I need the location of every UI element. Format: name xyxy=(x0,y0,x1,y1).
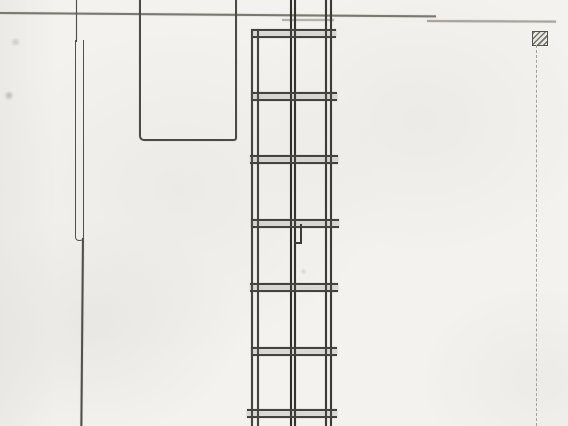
corner-hatch-mark xyxy=(532,31,548,46)
open-top-rectangle xyxy=(139,0,237,141)
ladder-center-stile-left xyxy=(290,0,292,426)
center-stile-step-detail xyxy=(294,224,302,244)
ladder-rung-5 xyxy=(250,283,338,292)
ladder-rung-1 xyxy=(252,29,336,38)
paper-smudge-3 xyxy=(300,268,307,275)
scanned-technical-drawing xyxy=(0,0,568,426)
ladder-right-rail-inner xyxy=(330,0,332,426)
reference-line-dashed xyxy=(536,45,538,426)
left-pipe-u-channel xyxy=(75,40,85,241)
paper-smudge-1 xyxy=(4,90,14,101)
ladder-rung-7 xyxy=(247,409,337,418)
ladder-right-rail-outer xyxy=(325,0,327,426)
left-pipe-line-top xyxy=(76,0,78,42)
left-pipe-line-lower xyxy=(80,238,84,426)
ladder-center-stile-right xyxy=(294,0,296,426)
paper-smudge-2 xyxy=(9,38,22,46)
ladder-rung-3 xyxy=(250,155,338,164)
ladder-rung-2 xyxy=(251,92,337,101)
top-border-line-faint-right xyxy=(427,20,556,22)
ladder-rung-6 xyxy=(251,347,337,356)
